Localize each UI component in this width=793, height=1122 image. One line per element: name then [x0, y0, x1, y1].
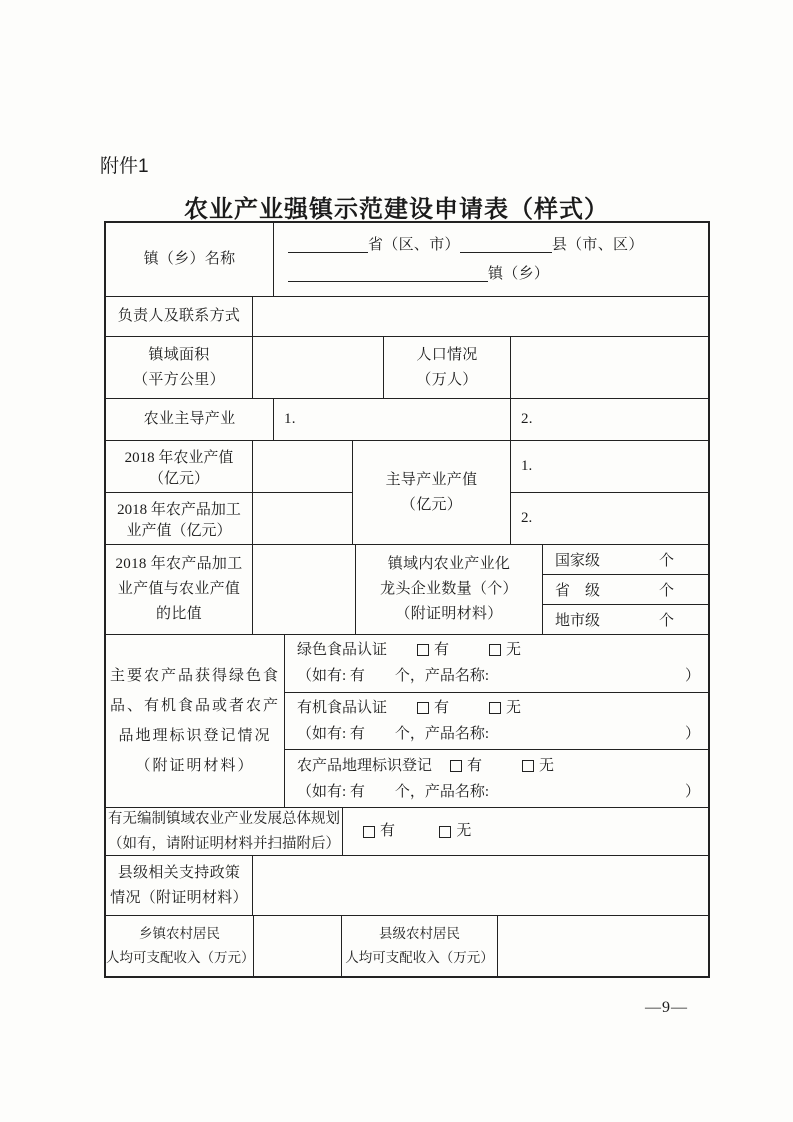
- level-unit: 个: [659, 549, 674, 570]
- cert-detail-close: ）: [685, 663, 700, 689]
- leading-industry-item2-cell: 2.: [511, 399, 708, 440]
- ratio-value-field[interactable]: [253, 545, 356, 634]
- county-policy-label: 县级相关支持政策 情况（附证明材料）: [106, 856, 253, 915]
- leading-industry-label: 农业主导产业: [106, 399, 274, 440]
- checkbox-icon: [439, 826, 451, 838]
- master-plan-yes-checkbox[interactable]: 有: [363, 819, 395, 844]
- county-policy-value-field[interactable]: [253, 856, 708, 915]
- town-name-line2: 镇（乡）: [288, 262, 549, 287]
- cert-organic-food-line2: （如有: 有 个，产品名称: ）: [297, 721, 700, 747]
- checkbox-icon: [489, 702, 501, 714]
- item2-prefix: 2.: [521, 510, 532, 527]
- output-values-column: [253, 441, 353, 544]
- cert-organic-food: 有机食品认证 有 无 （如有: 有 个，产品名称: ）: [285, 693, 708, 751]
- processing-output-value-field[interactable]: [253, 493, 352, 544]
- scanned-document-page: { "page": { "attachment_label": "附件1", "…: [0, 0, 793, 1122]
- row-income: 乡镇农村居民 人均可支配收入（万元） 县级农村居民 人均可支配收入（万元）: [106, 916, 708, 976]
- town-name-line1: 省（区、市）县（市、区）: [288, 233, 644, 258]
- row-ratio-enterprises: 2018 年农产品加工 业产值与农业产值 的比值 镇域内农业产业化 龙头企业数量…: [106, 545, 708, 635]
- checkbox-label: 有: [380, 819, 395, 844]
- cert-green-food: 绿色食品认证 有 无 （如有: 有 个，产品名称: ）: [285, 635, 708, 693]
- population-value-field[interactable]: [511, 337, 708, 398]
- cert-green-food-no-checkbox[interactable]: 无: [489, 637, 521, 663]
- checkbox-label: 有: [434, 637, 449, 663]
- row-contact: 负责人及联系方式: [106, 297, 708, 337]
- cert-organic-food-yes-checkbox[interactable]: 有: [417, 695, 449, 721]
- master-plan-no-checkbox[interactable]: 无: [439, 819, 471, 844]
- application-form-table: 镇（乡）名称 省（区、市）县（市、区） 镇（乡） 负责人及联系方式 镇域面积 （…: [104, 221, 710, 978]
- attachment-label: 附件1: [100, 151, 149, 178]
- cert-geo-indication-line2: （如有: 有 个，产品名称: ）: [297, 779, 700, 805]
- checkbox-label: 有: [434, 695, 449, 721]
- level-label: 省 级: [555, 579, 600, 600]
- checkbox-icon: [450, 760, 462, 772]
- master-plan-label: 有无编制镇域农业产业发展总体规划 （如有，请附证明材料并扫描附后）: [106, 808, 343, 855]
- cert-green-food-line2: （如有: 有 个，产品名称: ）: [297, 663, 700, 689]
- page-title: 农业产业强镇示范建设申请表（样式）: [0, 189, 793, 224]
- province-suffix: 省（区、市）: [368, 237, 460, 253]
- checkbox-icon: [363, 826, 375, 838]
- agri-output-label: 2018 年农业产值 （亿元）: [106, 441, 252, 493]
- county-income-label: 县级农村居民 人均可支配收入（万元）: [342, 916, 498, 976]
- cert-organic-food-no-checkbox[interactable]: 无: [489, 695, 521, 721]
- enterprise-level-provincial: 省 级 个: [543, 575, 708, 605]
- enterprise-level-national: 国家级 个: [543, 545, 708, 575]
- master-plan-checks: 有 无: [343, 808, 708, 855]
- cert-detail-close: ）: [685, 779, 700, 805]
- cert-organic-food-line1: 有机食品认证 有 无: [297, 695, 700, 721]
- page-number: —9—: [645, 999, 688, 1017]
- row-town-name: 镇（乡）名称 省（区、市）县（市、区） 镇（乡）: [106, 223, 708, 297]
- leading-output-values-column: 1. 2.: [511, 441, 708, 544]
- row-2018-output: 2018 年农业产值 （亿元） 2018 年农产品加工 业产值（亿元） 主导产业…: [106, 441, 708, 545]
- cert-detail: （如有: 有 个，产品名称:: [297, 721, 489, 747]
- checkbox-icon: [489, 644, 501, 656]
- checkbox-icon: [417, 644, 429, 656]
- population-label: 人口情况 （万人）: [384, 337, 511, 398]
- agri-output-value-field[interactable]: [253, 441, 352, 493]
- level-unit: 个: [659, 579, 674, 600]
- item1-prefix: 1.: [284, 407, 296, 432]
- processing-output-label: 2018 年农产品加工 业产值（亿元）: [106, 493, 252, 544]
- town-suffix: 镇（乡）: [488, 266, 549, 282]
- contact-label: 负责人及联系方式: [106, 297, 253, 336]
- enterprise-level-municipal: 地市级 个: [543, 605, 708, 634]
- leading-output-label: 主导产业产值 （亿元）: [353, 441, 511, 544]
- cert-geo-indication: 农产品地理标识登记 有 无 （如有: 有 个，产品名称: ）: [285, 750, 708, 807]
- town-name-label: 镇（乡）名称: [106, 223, 274, 296]
- level-label: 地市级: [555, 609, 600, 630]
- county-income-value-field[interactable]: [498, 916, 708, 976]
- row-leading-industry: 农业主导产业 1. 2.: [106, 399, 708, 441]
- row-certifications: 主要农产品获得绿色食 品、有机食品或者农产 品地理标识登记情况 （附证明材料） …: [106, 635, 708, 808]
- enterprise-levels-column: 国家级 个 省 级 个 地市级 个: [543, 545, 708, 634]
- leading-industry-item1-cell: 1.: [274, 399, 511, 440]
- town-income-value-field[interactable]: [254, 916, 342, 976]
- county-blank-field[interactable]: [460, 233, 552, 253]
- leading-output-item1-cell: 1.: [511, 441, 708, 493]
- cert-title: 绿色食品认证: [297, 637, 387, 663]
- town-name-value-cell: 省（区、市）县（市、区） 镇（乡）: [274, 223, 708, 296]
- certifications-column: 绿色食品认证 有 无 （如有: 有 个，产品名称: ） 有机食品认证 有 无: [285, 635, 708, 807]
- enterprises-label: 镇域内农业产业化 龙头企业数量（个） （附证明材料）: [356, 545, 543, 634]
- checkbox-icon: [417, 702, 429, 714]
- checkbox-label: 无: [539, 753, 554, 779]
- contact-value-field[interactable]: [253, 297, 708, 336]
- cert-geo-indication-line1: 农产品地理标识登记 有 无: [297, 753, 700, 779]
- output-labels-column: 2018 年农业产值 （亿元） 2018 年农产品加工 业产值（亿元）: [106, 441, 253, 544]
- province-blank-field[interactable]: [288, 233, 368, 253]
- level-label: 国家级: [555, 549, 600, 570]
- town-income-label: 乡镇农村居民 人均可支配收入（万元）: [106, 916, 254, 976]
- checkbox-label: 有: [467, 753, 482, 779]
- cert-geo-indication-no-checkbox[interactable]: 无: [522, 753, 554, 779]
- county-suffix: 县（市、区）: [552, 237, 644, 253]
- leading-output-item2-cell: 2.: [511, 493, 708, 544]
- cert-geo-indication-yes-checkbox[interactable]: 有: [450, 753, 482, 779]
- area-value-field[interactable]: [253, 337, 384, 398]
- cert-detail: （如有: 有 个，产品名称:: [297, 779, 489, 805]
- checkbox-label: 无: [506, 695, 521, 721]
- checkbox-label: 无: [506, 637, 521, 663]
- row-master-plan: 有无编制镇域农业产业发展总体规划 （如有，请附证明材料并扫描附后） 有 无: [106, 808, 708, 856]
- cert-green-food-line1: 绿色食品认证 有 无: [297, 637, 700, 663]
- row-area-population: 镇域面积 （平方公里） 人口情况 （万人）: [106, 337, 708, 399]
- cert-title: 有机食品认证: [297, 695, 387, 721]
- cert-green-food-yes-checkbox[interactable]: 有: [417, 637, 449, 663]
- certifications-label: 主要农产品获得绿色食 品、有机食品或者农产 品地理标识登记情况 （附证明材料）: [106, 635, 285, 807]
- cert-title: 农产品地理标识登记: [297, 753, 432, 779]
- item1-prefix: 1.: [521, 458, 532, 475]
- checkbox-icon: [522, 760, 534, 772]
- row-county-policy: 县级相关支持政策 情况（附证明材料）: [106, 856, 708, 916]
- cert-detail: （如有: 有 个，产品名称:: [297, 663, 489, 689]
- area-label: 镇域面积 （平方公里）: [106, 337, 253, 398]
- cert-detail-close: ）: [685, 721, 700, 747]
- level-unit: 个: [659, 609, 674, 630]
- item2-prefix: 2.: [521, 407, 533, 432]
- ratio-label: 2018 年农产品加工 业产值与农业产值 的比值: [106, 545, 253, 634]
- checkbox-label: 无: [456, 819, 471, 844]
- town-blank-field[interactable]: [288, 262, 488, 282]
